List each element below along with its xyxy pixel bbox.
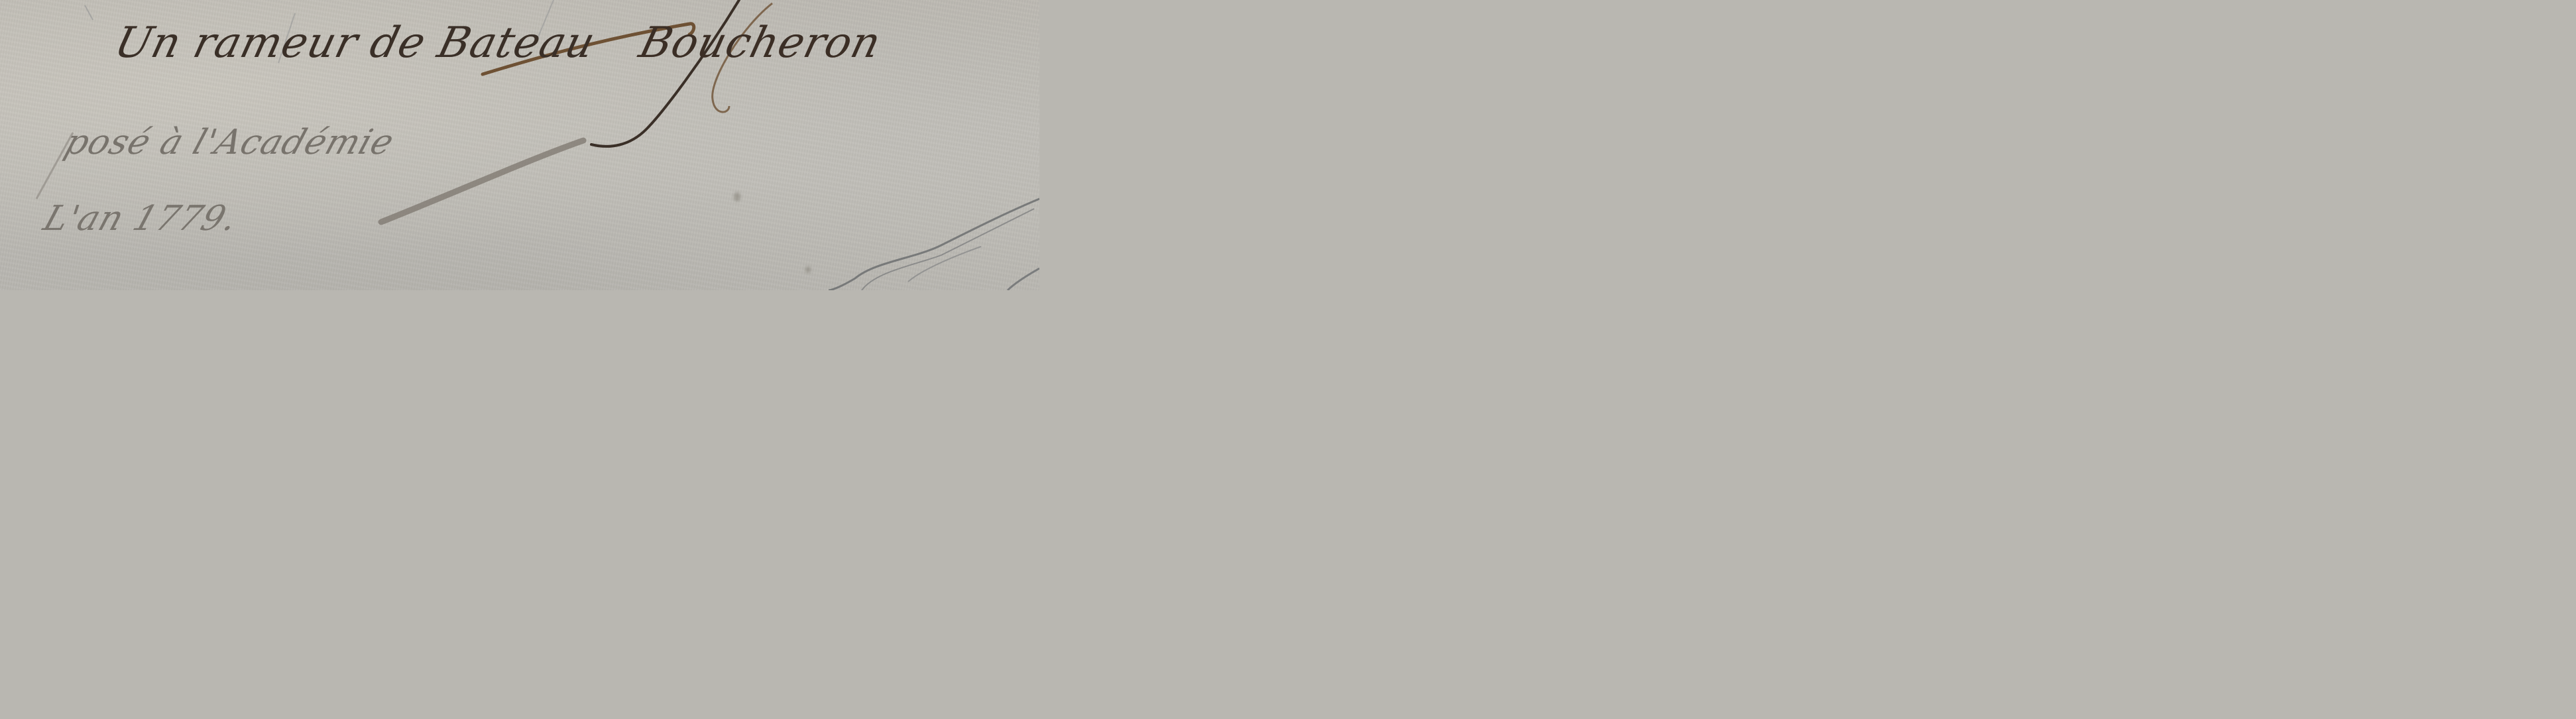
ink-spot [734,192,740,201]
pencil-mark [85,5,93,20]
inscription-title: Un rameur de Bateau [110,19,601,68]
aged-paper-sheet: Un rameur de BateauBoucheron posé à l'Ac… [0,0,1039,290]
ink-wash-tail [381,140,583,222]
inscription-line-1: Un rameur de BateauBoucheron [110,19,886,68]
artist-signature: Boucheron [634,19,886,68]
inscription-date: L'an 1779. [38,199,243,239]
ink-spot [805,266,811,273]
inscription-line-2: posé à l'Académie [60,123,399,162]
pencil-sketch-contour [1008,268,1039,290]
pencil-sketch-contour [862,209,1034,290]
pencil-sketch-hatching [908,247,981,282]
pencil-sketch-contour [829,199,1039,290]
